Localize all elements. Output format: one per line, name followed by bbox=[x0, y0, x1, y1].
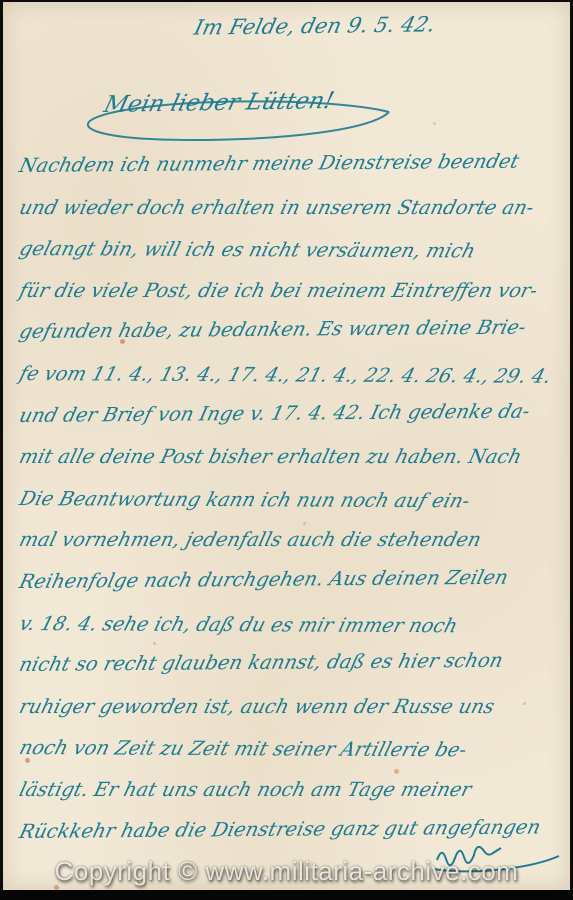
handwritten-line: gefunden habe, zu bedanken. Es waren dei… bbox=[17, 320, 566, 362]
handwritten-line: Reihenfolge nach durchgehen. Aus deinen … bbox=[17, 570, 566, 612]
handwritten-line: Die Beantwortung kann ich nun noch auf e… bbox=[17, 487, 566, 529]
scan-bottom-border bbox=[0, 890, 573, 900]
handwritten-line: noch von Zeit zu Zeit mit seiner Artille… bbox=[17, 736, 566, 778]
letter-body: Nachdem ich nunmehr meine Dienstreise be… bbox=[17, 154, 566, 861]
handwritten-line-dates: fe vom 11. 4., 13. 4., 17. 4., 21. 4., 2… bbox=[17, 362, 566, 404]
handwritten-line: gelangt bin, will ich es nicht versäumen… bbox=[17, 237, 566, 279]
letter-scan-page: Im Felde, den 9. 5. 42. Mein lieber Lütt… bbox=[0, 0, 573, 900]
letter-salutation: Mein lieber Lütten! bbox=[105, 90, 333, 116]
paper-foxing-specks bbox=[3, 2, 6, 5]
handwritten-line: und wieder doch erhalten in unserem Stan… bbox=[17, 196, 566, 238]
handwritten-line: Nachdem ich nunmehr meine Dienstreise be… bbox=[17, 154, 566, 196]
handwritten-line: mit alle deine Post bisher erhalten zu h… bbox=[17, 445, 566, 487]
handwritten-line: für die viele Post, die ich bei meinem E… bbox=[17, 279, 566, 321]
handwritten-line: v. 18. 4. sehe ich, daß du es mir immer … bbox=[17, 612, 566, 654]
copyright-watermark: Copyright © www.militaria-archive.com bbox=[0, 856, 573, 887]
handwritten-line: lästigt. Er hat uns auch noch am Tage me… bbox=[17, 778, 566, 820]
handwritten-line: ruhiger geworden ist, auch wenn der Russ… bbox=[17, 695, 566, 737]
handwritten-line: nicht so recht glauben kannst, daß es hi… bbox=[17, 653, 566, 695]
letter-dateline: Im Felde, den 9. 5. 42. bbox=[195, 14, 435, 38]
handwritten-line: und der Brief von Inge v. 17. 4. 42. Ich… bbox=[17, 404, 566, 446]
letter-paper: Im Felde, den 9. 5. 42. Mein lieber Lütt… bbox=[3, 2, 570, 890]
handwritten-line: mal vornehmen, jedenfalls auch die stehe… bbox=[17, 528, 566, 570]
salutation-text: Mein lieber Lütten! bbox=[101, 88, 336, 118]
dateline-text: Im Felde, den 9. 5. 42. bbox=[192, 12, 438, 39]
